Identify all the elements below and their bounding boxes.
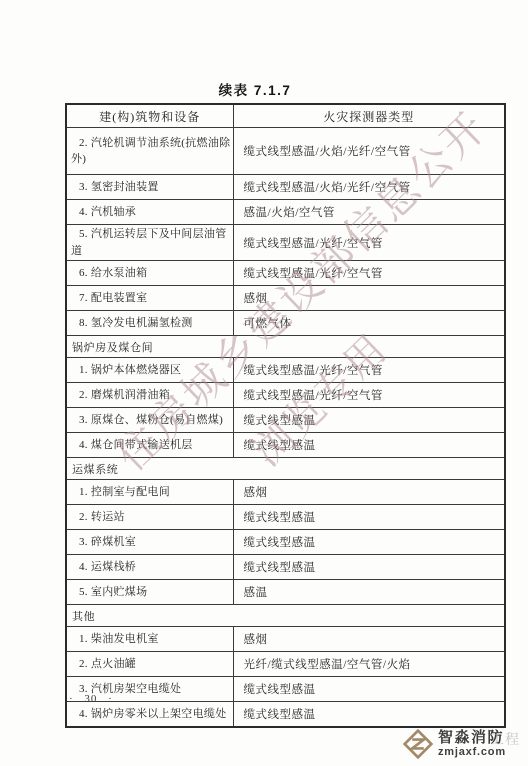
detector-type-cell: 缆式线型感温	[233, 530, 505, 555]
section-label: 锅炉房及煤仓间	[66, 336, 505, 358]
table-row: 3. 汽机房架空电缆处缆式线型感温	[66, 677, 505, 702]
fire-detector-table: 建(构)筑物和设备 火灾探测器类型 2. 汽轮机调节油系统(抗燃油除外)缆式线型…	[65, 103, 506, 728]
table-row: 6. 给水泵油箱缆式线型感温/光纤/空气管	[66, 261, 505, 286]
column-header-detector-type: 火灾探测器类型	[233, 104, 505, 128]
detector-type-cell: 感烟	[233, 627, 505, 652]
table-row: 3. 碎煤机室缆式线型感温	[66, 530, 505, 555]
section-label: 运煤系统	[66, 458, 505, 480]
equipment-name-cell: 4. 锅炉房零米以上架空电缆处	[66, 702, 233, 728]
detector-type-cell: 缆式线型感温/火焰/光纤/空气管	[233, 175, 505, 200]
detector-type-cell: 缆式线型感温/光纤/空气管	[233, 261, 505, 286]
detector-type-cell: 可燃气体	[233, 311, 505, 336]
table-row: 1. 控制室与配电间感烟	[66, 480, 505, 505]
equipment-name-cell: 2. 汽轮机调节油系统(抗燃油除外)	[66, 128, 233, 175]
section-label: 其他	[66, 605, 505, 627]
detector-type-cell: 缆式线型感温	[233, 555, 505, 580]
detector-type-cell: 缆式线型感温	[233, 505, 505, 530]
detector-type-cell: 光纤/缆式线型感温/空气管/火焰	[233, 652, 505, 677]
zmjaxf-brand-mark: 工程 智淼消防 zmjaxf.com	[402, 723, 528, 765]
equipment-name-cell: 6. 给水泵油箱	[66, 261, 233, 286]
table-row: 3. 氢密封油装置缆式线型感温/火焰/光纤/空气管	[66, 175, 505, 200]
equipment-name-cell: 1. 锅炉本体燃烧器区	[66, 358, 233, 383]
detector-type-cell: 缆式线型感温	[233, 433, 505, 458]
equipment-name-cell: 3. 氢密封油装置	[66, 175, 233, 200]
section-row: 运煤系统	[66, 458, 505, 480]
section-row: 锅炉房及煤仓间	[66, 336, 505, 358]
equipment-name-cell: 2. 点火油罐	[66, 652, 233, 677]
equipment-name-cell: 1. 柴油发电机室	[66, 627, 233, 652]
table-row: 5. 室内贮煤场感温	[66, 580, 505, 605]
detector-type-cell: 缆式线型感温	[233, 408, 505, 433]
equipment-name-cell: 5. 室内贮煤场	[66, 580, 233, 605]
table-row: 5. 汽机运转层下及中间层油管道缆式线型感温/光纤/空气管	[66, 225, 505, 261]
zmjaxf-diamond-z-icon	[402, 728, 434, 760]
table-row: 1. 柴油发电机室感烟	[66, 627, 505, 652]
equipment-name-cell: 4. 煤仓间带式输送机层	[66, 433, 233, 458]
table-row: 4. 煤仓间带式输送机层缆式线型感温	[66, 433, 505, 458]
equipment-name-cell: 4. 汽机轴承	[66, 200, 233, 225]
table-row: 8. 氢冷发电机漏氢检测可燃气体	[66, 311, 505, 336]
table-row: 7. 配电装置室感烟	[66, 286, 505, 311]
equipment-name-cell: 5. 汽机运转层下及中间层油管道	[66, 225, 233, 261]
equipment-name-cell: 2. 磨煤机润滑油箱	[66, 383, 233, 408]
table-row: 2. 点火油罐光纤/缆式线型感温/空气管/火焰	[66, 652, 505, 677]
table-row: 4. 运煤栈桥缆式线型感温	[66, 555, 505, 580]
brand-faint-watermark: 工程	[490, 729, 520, 749]
detector-type-cell: 缆式线型感温	[233, 677, 505, 702]
document-page: 续表 7.1.7 住房城乡建设部信息公开 浏览专用 建(构)筑物和设备 火灾探测…	[0, 0, 528, 766]
column-header-equipment: 建(构)筑物和设备	[66, 104, 233, 128]
equipment-name-cell: 8. 氢冷发电机漏氢检测	[66, 311, 233, 336]
detector-type-cell: 感烟	[233, 480, 505, 505]
detector-type-cell: 缆式线型感温/光纤/空气管	[233, 358, 505, 383]
equipment-name-cell: 3. 碎煤机室	[66, 530, 233, 555]
detector-type-cell: 感烟	[233, 286, 505, 311]
table-row: 3. 原煤仓、煤粉仓(易自燃煤)缆式线型感温	[66, 408, 505, 433]
table-row: 4. 汽机轴承感温/火焰/空气管	[66, 200, 505, 225]
equipment-name-cell: 1. 控制室与配电间	[66, 480, 233, 505]
detector-type-cell: 感温/火焰/空气管	[233, 200, 505, 225]
equipment-name-cell: 4. 运煤栈桥	[66, 555, 233, 580]
table-caption: 续表 7.1.7	[40, 79, 470, 99]
equipment-name-cell: 7. 配电装置室	[66, 286, 233, 311]
page-number: · 30 ·	[69, 693, 113, 705]
table-header-row: 建(构)筑物和设备 火灾探测器类型	[66, 104, 505, 128]
section-row: 其他	[66, 605, 505, 627]
table-row: 2. 转运站缆式线型感温	[66, 505, 505, 530]
detector-type-cell: 缆式线型感温/光纤/空气管	[233, 383, 505, 408]
detector-type-cell: 缆式线型感温/火焰/光纤/空气管	[233, 128, 505, 175]
equipment-name-cell: 3. 原煤仓、煤粉仓(易自燃煤)	[66, 408, 233, 433]
table-row: 2. 汽轮机调节油系统(抗燃油除外)缆式线型感温/火焰/光纤/空气管	[66, 128, 505, 175]
detector-type-cell: 缆式线型感温/光纤/空气管	[233, 225, 505, 261]
equipment-name-cell: 2. 转运站	[66, 505, 233, 530]
table-body: 2. 汽轮机调节油系统(抗燃油除外)缆式线型感温/火焰/光纤/空气管3. 氢密封…	[66, 128, 505, 728]
table-row: 2. 磨煤机润滑油箱缆式线型感温/光纤/空气管	[66, 383, 505, 408]
detector-type-cell: 感温	[233, 580, 505, 605]
table-row: 1. 锅炉本体燃烧器区缆式线型感温/光纤/空气管	[66, 358, 505, 383]
